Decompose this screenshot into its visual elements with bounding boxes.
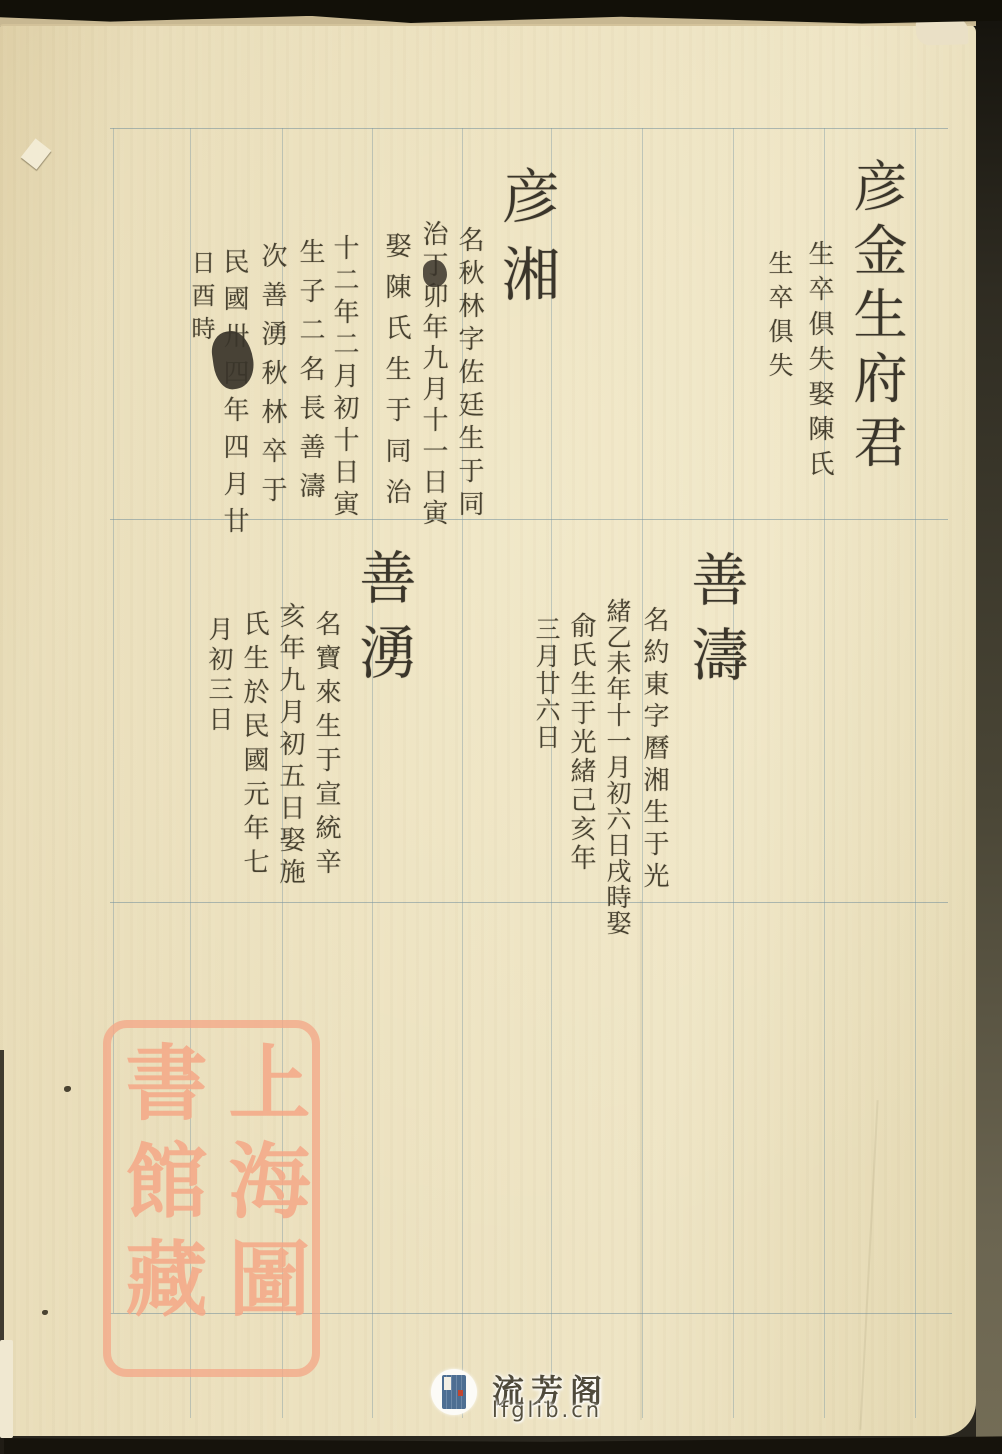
paper-torn-corner: [916, 18, 969, 45]
entry-detail-column: 生卒俱失娶陳氏: [806, 240, 832, 485]
entry-detail-column: 亥年九月初五日娶施: [277, 602, 303, 890]
rule-line-horizontal: [110, 128, 948, 129]
entry-detail-column: 三月廿六日: [534, 616, 559, 751]
entry-detail-column: 生子二名長善濤: [297, 238, 323, 511]
entry-detail-column: 月初三日: [207, 616, 232, 736]
entry-detail-column: 日酉時: [189, 250, 213, 349]
entry-detail-column: 名秋林字佐廷生于同: [456, 226, 482, 523]
entry-detail-column: 民國卅四年四月廿: [221, 248, 247, 544]
page-stack-edge: [976, 0, 1002, 1454]
rule-line-vertical: [733, 128, 734, 1418]
book-title-label: [444, 1377, 451, 1390]
entry-detail-column: 名約東字曆湘生于光: [641, 606, 667, 894]
entry-title: 善湧: [354, 548, 411, 698]
library-seal: 上海圖 書館藏: [103, 1020, 320, 1377]
entry-title: 彦湘: [497, 166, 555, 322]
rule-line-vertical: [915, 128, 916, 1418]
scanned-genealogy-page: 彦金生府君 生卒俱失娶陳氏 生卒俱失 彦湘 名秋林字佐廷生于同 治丁卯年九月十一…: [0, 0, 1002, 1454]
entry-detail-column: 十二年二月初十日寅: [331, 234, 357, 522]
watermark-site-url: lfglib.cn: [492, 1398, 602, 1422]
entry-title: 善濤: [686, 550, 743, 700]
book-seal-dot: [458, 1390, 463, 1396]
entry-title: 彦金生府君: [849, 158, 903, 478]
under-page-edge: [0, 1340, 13, 1438]
entry-detail-column: 娶陳氏生于同治: [383, 232, 409, 519]
entry-detail-column: 緒乙未年十一月初六日戌時娶: [605, 598, 630, 936]
watermark-logo-badge: [431, 1369, 477, 1415]
book-icon: [442, 1375, 466, 1409]
rule-line-horizontal: [110, 902, 948, 903]
ink-blot: [423, 260, 447, 287]
seal-text-column-left: 書館藏: [119, 1040, 201, 1334]
seal-text-column-right: 上海圖: [222, 1040, 304, 1334]
entry-detail-column: 生卒俱失: [767, 250, 792, 386]
rule-line-vertical: [372, 128, 373, 1418]
entry-detail-column: 俞氏生于光緒己亥年: [568, 612, 594, 873]
entry-detail-column: 氏生於民國元年七: [241, 610, 267, 882]
entry-detail-column: 名寶來生于宣統辛: [313, 610, 339, 882]
entry-detail-column: 次善湧秋林卒于: [259, 242, 285, 515]
